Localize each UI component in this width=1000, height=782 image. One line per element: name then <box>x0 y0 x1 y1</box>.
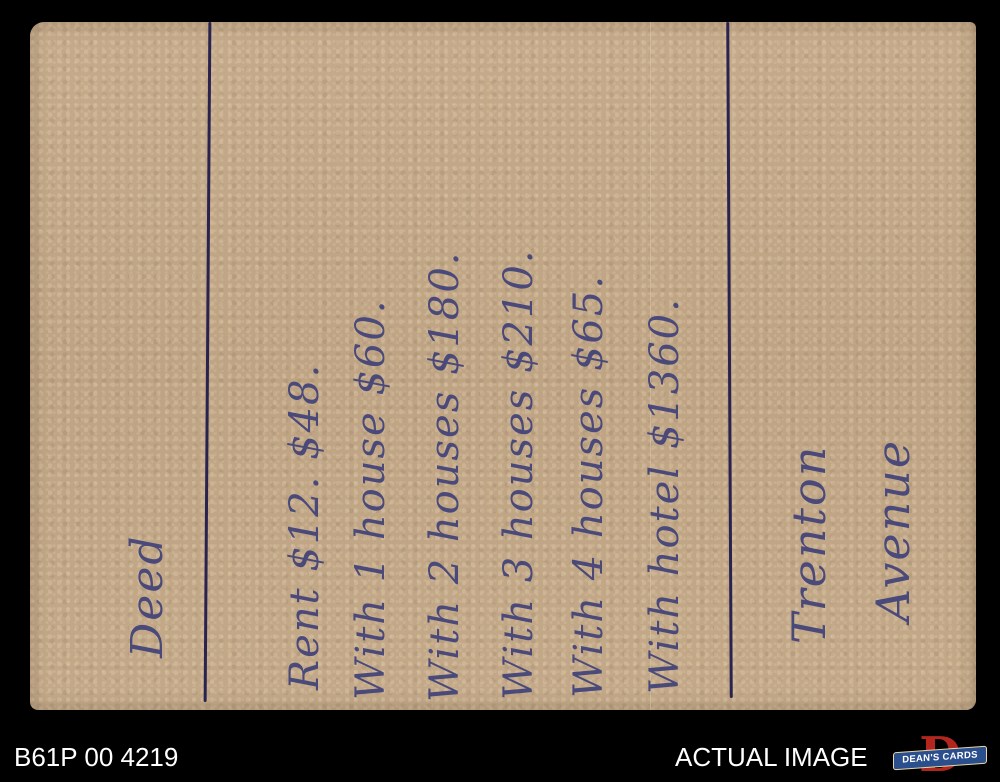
rent-label: With 4 houses <box>566 386 612 698</box>
left-divider-line <box>204 22 212 702</box>
rent-value: $210. <box>496 249 542 374</box>
logo-ribbon: DEAN'S CARDS <box>893 746 987 771</box>
rent-line-4-houses: With 4 houses $65. <box>566 274 612 698</box>
rent-value: $180. <box>422 251 468 376</box>
rent-value: $48. <box>282 363 328 460</box>
rent-line-1-house: With 1 house $60. <box>348 298 394 700</box>
right-divider-line <box>726 22 732 698</box>
rent-label: With hotel <box>642 464 688 694</box>
rent-label: Rent $12. <box>282 475 328 690</box>
item-code: B61P 00 4219 <box>14 742 178 773</box>
rent-line-hotel: With hotel $1360. <box>642 297 688 694</box>
rent-value: $65. <box>566 274 612 371</box>
rent-line-base: Rent $12. $48. <box>282 363 328 690</box>
rent-label: With 2 houses <box>422 390 468 702</box>
actual-image-label: ACTUAL IMAGE <box>675 742 868 773</box>
property-name-line2: Avenue <box>866 439 920 622</box>
deed-label: Deed <box>122 534 173 658</box>
rent-line-3-houses: With 3 houses $210. <box>496 249 542 700</box>
rent-label: With 1 house <box>348 410 394 700</box>
rent-label: With 3 houses <box>496 388 542 700</box>
rent-value: $60. <box>348 298 394 395</box>
deans-cards-logo: D DEAN'S CARDS <box>893 735 985 777</box>
rent-value: $1360. <box>642 297 688 449</box>
card-back-photo: Deed Rent $12. $48. With 1 house $60. Wi… <box>30 22 976 710</box>
property-name-line1: Trenton <box>782 445 836 644</box>
rent-line-2-houses: With 2 houses $180. <box>422 251 468 702</box>
